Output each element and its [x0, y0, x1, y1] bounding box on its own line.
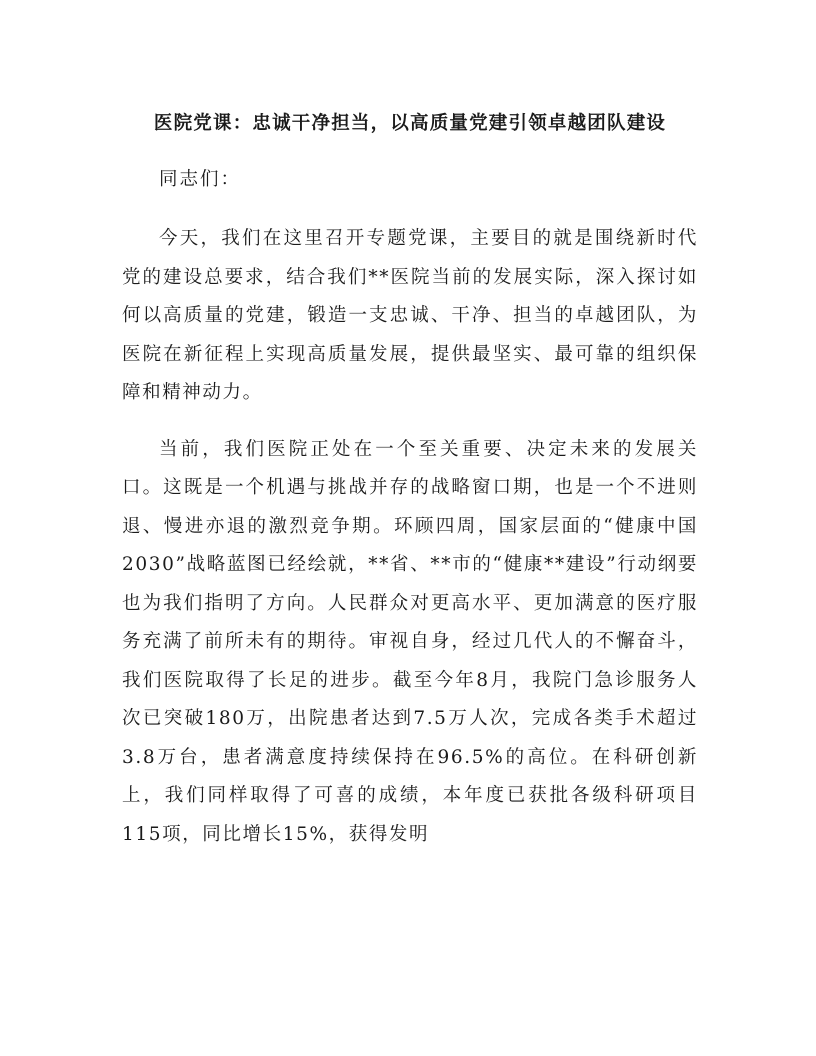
paragraph-current-situation: 当前，我们医院正处在一个至关重要、决定未来的发展关口。这既是一个机遇与挑战并存的… [122, 431, 698, 855]
greeting: 同志们： [122, 164, 698, 196]
document-page: 医院党课：忠诚干净担当，以高质量党建引领卓越团队建设 同志们： 今天，我们在这里… [122, 108, 698, 872]
paragraph-intro: 今天，我们在这里召开专题党课，主要目的就是围绕新时代党的建设总要求，结合我们**… [122, 220, 698, 413]
document-title: 医院党课：忠诚干净担当，以高质量党建引领卓越团队建设 [122, 108, 698, 140]
